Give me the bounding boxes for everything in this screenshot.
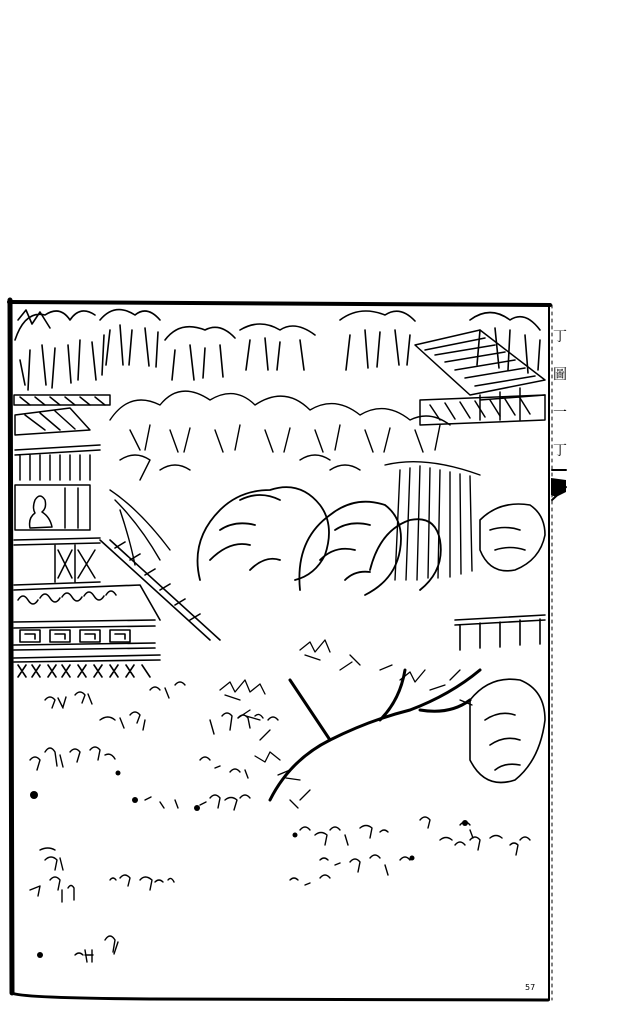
willow-trees — [15, 310, 540, 390]
margin-char: 圖 — [553, 356, 569, 394]
ink-dots — [30, 771, 468, 959]
seated-scholar — [30, 496, 52, 528]
balustrade — [14, 540, 220, 677]
left-pavilion — [14, 395, 110, 585]
waterfall-stone — [385, 462, 480, 580]
margin-char: 一 — [553, 394, 569, 432]
margin-characters: 丁 圖 一 丁 — [553, 318, 569, 470]
woodblock-print — [0, 0, 629, 1015]
rockery — [198, 487, 441, 595]
margin-column — [551, 470, 566, 500]
margin-char: 丁 — [553, 432, 569, 470]
pine-tree — [220, 640, 480, 808]
right-rocks — [455, 504, 545, 783]
grass-tufts — [30, 682, 530, 962]
page-number: 57 — [525, 983, 535, 992]
margin-char: 丁 — [553, 318, 569, 356]
